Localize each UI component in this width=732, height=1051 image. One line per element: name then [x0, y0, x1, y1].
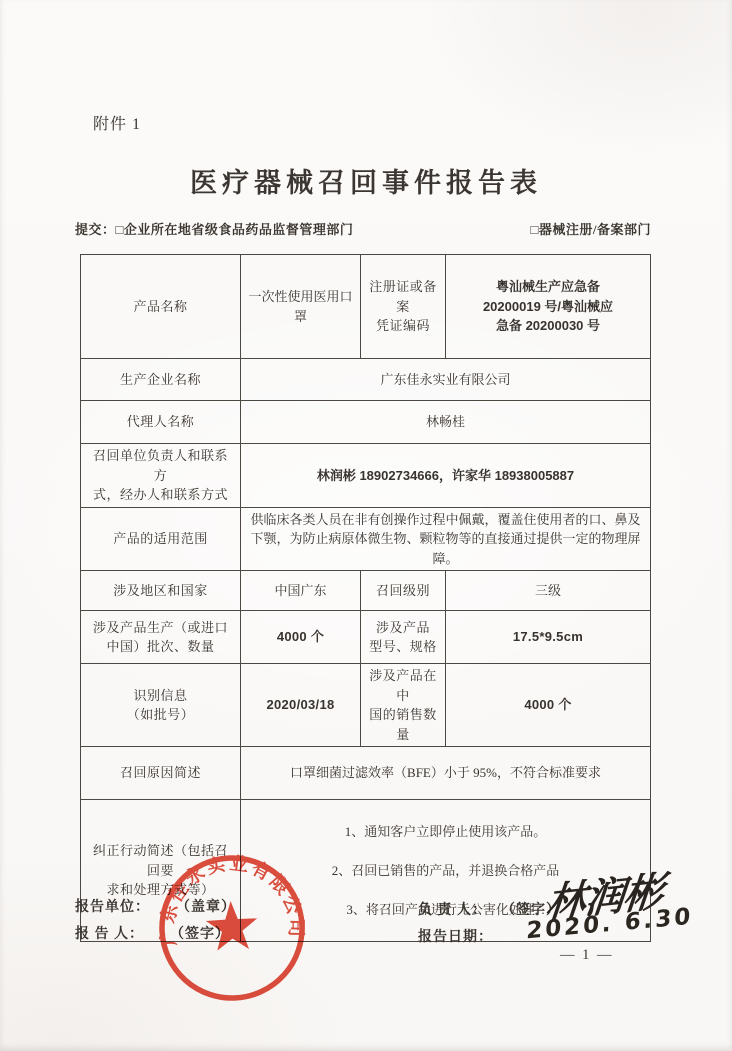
manufacturer-label: 生产企业名称: [81, 359, 241, 401]
responsible-person-row: 负 责 人： （签字）: [418, 899, 561, 919]
row-agent: 代理人名称 林畅桂: [81, 401, 651, 444]
page-title: 医疗器械召回事件报告表: [0, 161, 732, 200]
registration-code-value: 粤汕械生产应急备 20200019 号/粤汕械应 急备 20200030 号: [446, 255, 651, 359]
row-batch-quantity: 涉及产品生产（或进口 中国）批次、数量 4000 个 涉及产品 型号、规格 17…: [81, 611, 651, 664]
submit-left-checkbox-text: 提交：□企业所在地省级食品药品监督管理部门: [75, 219, 353, 238]
submit-line: 提交：□企业所在地省级食品药品监督管理部门 □器械注册/备案部门: [75, 219, 651, 238]
row-regions: 涉及地区和国家 中国广东 召回级别 三级: [81, 571, 651, 611]
row-manufacturer: 生产企业名称 广东佳永实业有限公司: [81, 359, 651, 401]
identification-value: 2020/03/18: [241, 664, 361, 747]
contacts-value: 林润彬 18902734666，许家华 18938005887: [241, 444, 651, 508]
row-intended-use: 产品的适用范围 供临床各类人员在非有创操作过程中佩戴，覆盖住使用者的口、鼻及下颚…: [81, 507, 651, 571]
regions-label: 涉及地区和国家: [81, 571, 241, 611]
page-number: — 1 —: [560, 947, 614, 964]
row-contacts: 召回单位负责人和联系方 式，经办人和联系方式 林润彬 18902734666，许…: [81, 444, 651, 508]
model-spec-value: 17.5*9.5cm: [446, 611, 651, 664]
document-page: 附件 1 医疗器械召回事件报告表 提交：□企业所在地省级食品药品监督管理部门 □…: [0, 0, 732, 1051]
reporter-label: 报 告 人：: [75, 923, 144, 943]
agent-value: 林畅桂: [241, 401, 651, 444]
recall-reason-label: 召回原因简述: [81, 747, 241, 800]
corrective-action-item: 1、通知客户立即停止使用该产品。: [247, 822, 644, 842]
row-recall-reason: 召回原因简述 口罩细菌过滤效率（BFE）小于 95%，不符合标准要求: [81, 747, 651, 800]
china-sales-value: 4000 个: [446, 664, 651, 747]
registration-code-label: 注册证或备案 凭证编码: [361, 255, 446, 359]
seal-star-icon: [205, 900, 259, 951]
responsible-person-label: 负 责 人：: [418, 899, 487, 919]
report-unit-label: 报告单位：: [75, 896, 150, 916]
company-seal-stamp: 广东佳永实业有限公司: [148, 844, 316, 1012]
row-identification: 识别信息 （如批号） 2020/03/18 涉及产品在中 国的销售数量 4000…: [81, 664, 651, 747]
recall-level-label: 召回级别: [361, 571, 446, 611]
submit-right-checkbox-text: □器械注册/备案部门: [531, 219, 651, 238]
report-date-label: 报告日期：: [418, 926, 493, 946]
recall-reason-value: 口罩细菌过滤效率（BFE）小于 95%，不符合标准要求: [241, 747, 651, 800]
contacts-label: 召回单位负责人和联系方 式，经办人和联系方式: [81, 444, 241, 508]
attachment-label: 附件 1: [93, 111, 141, 134]
recall-report-table: 产品名称 一次性使用医用口罩 注册证或备案 凭证编码 粤汕械生产应急备 2020…: [80, 254, 651, 942]
regions-value: 中国广东: [241, 571, 361, 611]
agent-label: 代理人名称: [81, 401, 241, 444]
manufacturer-value: 广东佳永实业有限公司: [241, 359, 651, 401]
product-name-label: 产品名称: [81, 255, 241, 359]
identification-label: 识别信息 （如批号）: [81, 664, 241, 747]
batch-quantity-value: 4000 个: [241, 611, 361, 664]
china-sales-label: 涉及产品在中 国的销售数量: [361, 664, 446, 747]
intended-use-value: 供临床各类人员在非有创操作过程中佩戴，覆盖住使用者的口、鼻及下颚，为防止病原体微…: [241, 507, 651, 571]
batch-quantity-label: 涉及产品生产（或进口 中国）批次、数量: [81, 611, 241, 664]
intended-use-label: 产品的适用范围: [81, 507, 241, 571]
row-product-name: 产品名称 一次性使用医用口罩 注册证或备案 凭证编码 粤汕械生产应急备 2020…: [81, 255, 651, 359]
model-spec-label: 涉及产品 型号、规格: [361, 611, 446, 664]
recall-level-value: 三级: [446, 571, 651, 611]
product-name-value: 一次性使用医用口罩: [241, 255, 361, 359]
